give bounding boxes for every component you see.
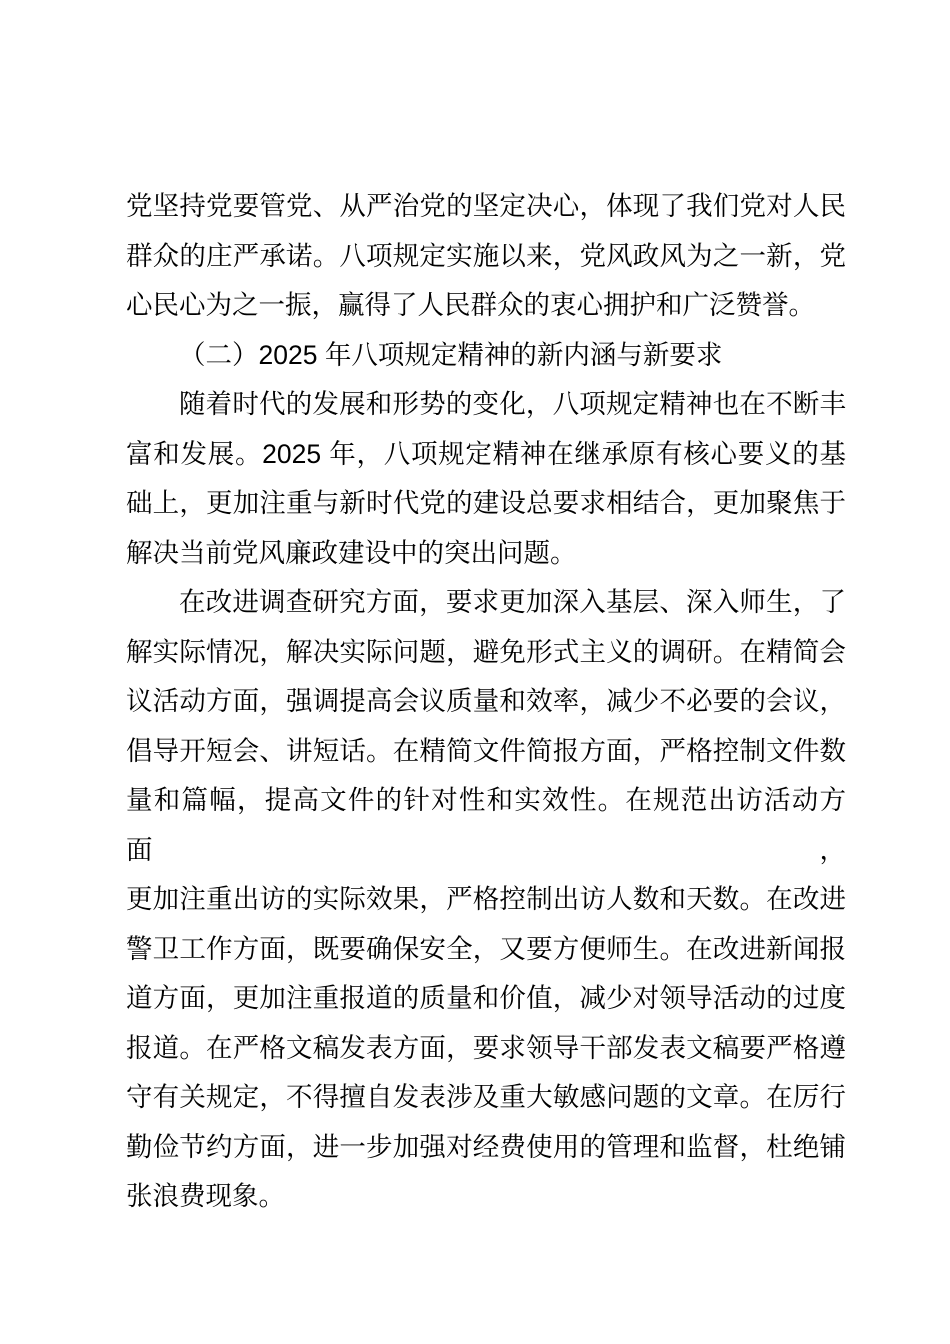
- body-paragraph-continued: 党坚持党要管党、从严治党的坚定决心，体现了我们党对人民群众的庄严承诺。八项规定实…: [126, 182, 846, 331]
- body-paragraph: 随着时代的发展和形势的变化，八项规定精神也在不断丰富和发展。2025 年，八项规…: [126, 380, 846, 578]
- document-body: 党坚持党要管党、从严治党的坚定决心，体现了我们党对人民群众的庄严承诺。八项规定实…: [126, 182, 846, 1222]
- document-page: 党坚持党要管党、从严治党的坚定决心，体现了我们党对人民群众的庄严承诺。八项规定实…: [0, 0, 950, 1344]
- text-line: 解决当前党风廉政建设中的突出问题。: [126, 529, 846, 579]
- text-line: 守有关规定，不得擅自发表涉及重大敏感问题的文章。在厉行: [126, 1073, 846, 1123]
- text-line: 随着时代的发展和形势的变化，八项规定精神也在不断丰: [126, 380, 846, 430]
- text-line: 解实际情况，解决实际问题，避免形式主义的调研。在精简会: [126, 628, 846, 678]
- text-line: 倡导开短会、讲短话。在精简文件简报方面，严格控制文件数: [126, 727, 846, 777]
- text-line: 张浪费现象。: [126, 1172, 846, 1222]
- text-line: 议活动方面，强调提高会议质量和效率，减少不必要的会议，: [126, 677, 846, 727]
- text-line: 量和篇幅，提高文件的针对性和实效性。在规范出访活动方面，: [126, 776, 846, 875]
- body-paragraph: 在改进调查研究方面，要求更加深入基层、深入师生，了解实际情况，解决实际问题，避免…: [126, 578, 846, 1222]
- text-line: 础上，更加注重与新时代党的建设总要求相结合，更加聚焦于: [126, 479, 846, 529]
- text-line: 在改进调查研究方面，要求更加深入基层、深入师生，了: [126, 578, 846, 628]
- section-heading: （二）2025 年八项规定精神的新内涵与新要求: [126, 331, 846, 381]
- text-line: 道方面，更加注重报道的质量和价值，减少对领导活动的过度: [126, 974, 846, 1024]
- text-line: 心民心为之一振，赢得了人民群众的衷心拥护和广泛赞誉。: [126, 281, 846, 331]
- text-line: 报道。在严格文稿发表方面，要求领导干部发表文稿要严格遵: [126, 1024, 846, 1074]
- text-line: 勤俭节约方面，进一步加强对经费使用的管理和监督，杜绝铺: [126, 1123, 846, 1173]
- text-line: 群众的庄严承诺。八项规定实施以来，党风政风为之一新，党: [126, 232, 846, 282]
- text-line: （二）2025 年八项规定精神的新内涵与新要求: [126, 331, 846, 381]
- text-line: 党坚持党要管党、从严治党的坚定决心，体现了我们党对人民: [126, 182, 846, 232]
- text-line: 富和发展。2025 年，八项规定精神在继承原有核心要义的基: [126, 430, 846, 480]
- text-line: 警卫工作方面，既要确保安全，又要方便师生。在改进新闻报: [126, 925, 846, 975]
- text-line: 更加注重出访的实际效果，严格控制出访人数和天数。在改进: [126, 875, 846, 925]
